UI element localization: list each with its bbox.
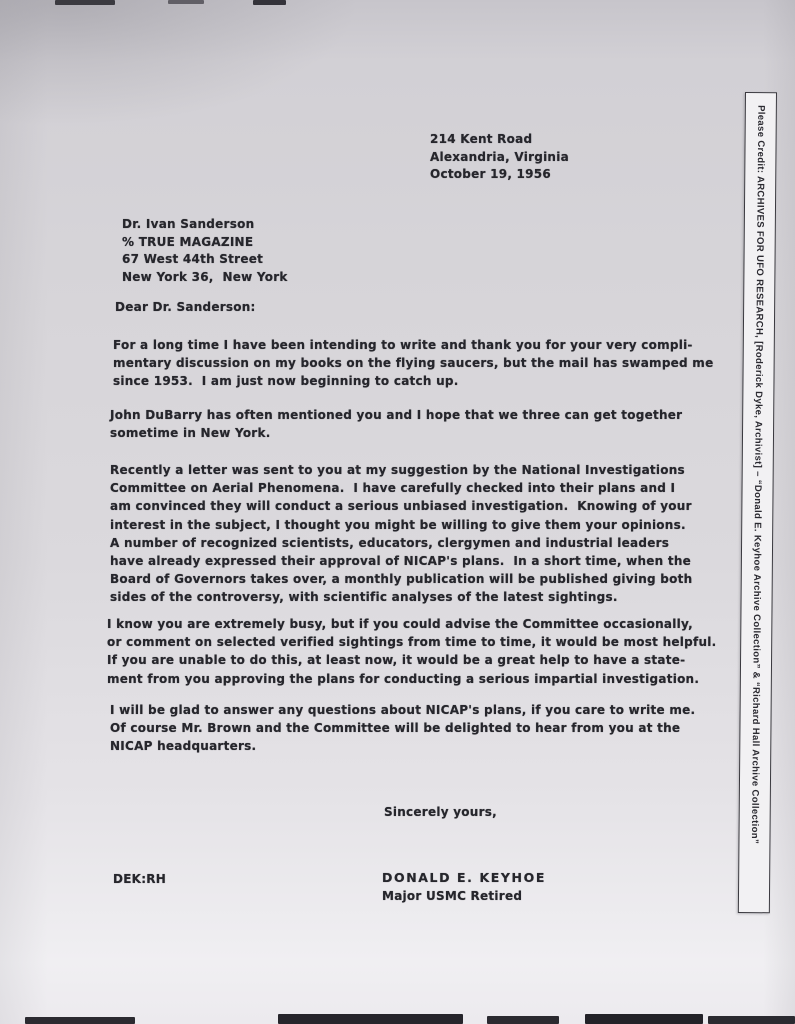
scan-edge-mark <box>168 0 204 4</box>
scan-edge-mark <box>708 1016 795 1024</box>
scan-edge-mark <box>55 0 115 5</box>
scan-edge-mark <box>585 1014 703 1024</box>
scanned-letter-page: 214 Kent Road Alexandria, Virginia Octob… <box>0 0 795 1024</box>
complimentary-close: Sincerely yours, <box>384 804 497 822</box>
body-paragraph-3: Recently a letter was sent to you at my … <box>110 461 692 607</box>
scan-edge-mark <box>487 1016 559 1024</box>
signature-name: DONALD E. KEYHOE <box>382 869 546 887</box>
scan-edge-mark <box>278 1014 463 1024</box>
return-address-block: 214 Kent Road Alexandria, Virginia Octob… <box>430 131 569 184</box>
typist-initials: DEK:RH <box>113 871 166 889</box>
signature-title: Major USMC Retired <box>382 888 522 906</box>
body-paragraph-4: I know you are extremely busy, but if yo… <box>107 615 716 688</box>
salutation: Dear Dr. Sanderson: <box>115 299 256 317</box>
credit-strip: Please Credit: ARCHIVES FOR UFO RESEARCH… <box>738 92 777 913</box>
body-paragraph-2: John DuBarry has often mentioned you and… <box>110 406 682 442</box>
body-paragraph-1: For a long time I have been intending to… <box>113 336 713 391</box>
scan-edge-mark <box>253 0 286 5</box>
credit-strip-text: Please Credit: ARCHIVES FOR UFO RESEARCH… <box>748 93 766 912</box>
scan-edge-mark <box>25 1017 135 1024</box>
recipient-address-block: Dr. Ivan Sanderson % TRUE MAGAZINE 67 We… <box>122 216 288 286</box>
body-paragraph-5: I will be glad to answer any questions a… <box>110 701 695 756</box>
